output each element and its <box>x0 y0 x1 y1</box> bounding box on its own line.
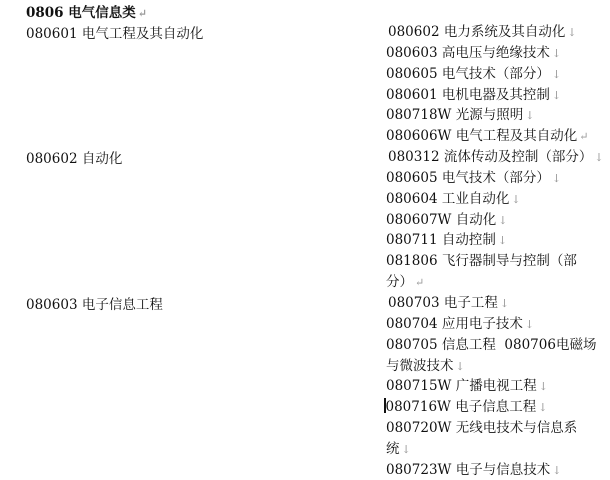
line-break-mark-icon: ↓ <box>511 193 520 206</box>
old-major-line: 080723W 电子与信息技术↓ <box>386 460 586 480</box>
old-major-line: 080605 电气技术（部分）↓ <box>386 168 586 189</box>
document-page[interactable]: 0806 电气信息类↵ 080601 电气工程及其自动化 080602 自动化 … <box>0 0 610 480</box>
paragraph-mark-icon: ↵ <box>579 130 588 143</box>
old-major-line: 统↓ <box>386 439 586 460</box>
category-title: 0806 电气信息类↵ <box>26 4 147 23</box>
line-break-mark-icon: ↓ <box>552 89 561 102</box>
old-major-text: 080604 工业自动化 <box>386 191 509 207</box>
old-major-text: 080607W 自动化 <box>386 212 496 228</box>
old-major-text: 分） <box>386 274 413 290</box>
old-major-text: 080603 高电压与绝缘技术 <box>386 45 550 61</box>
old-major-text: 080718W 光源与照明 <box>386 107 523 123</box>
line-break-mark-icon: ↓ <box>552 172 561 185</box>
line-break-mark-icon: ↓ <box>498 234 507 247</box>
line-break-mark-icon: ↓ <box>567 26 576 39</box>
paragraph-mark-icon: ↵ <box>415 276 424 289</box>
old-major-text: 080605 电气技术（部分） <box>386 170 550 186</box>
old-major-text: 080723W 电子与信息技术 <box>386 462 550 478</box>
old-major-line: 081806 飞行器制导与控制（部 <box>386 251 586 272</box>
old-major-line: 080705 信息工程 080706电磁场 <box>386 335 586 356</box>
line-break-mark-icon: ↓ <box>552 464 561 477</box>
old-major-line: 与微波技术↓ <box>386 356 586 377</box>
major-name: 080601 电气工程及其自动化 <box>26 25 203 43</box>
line-break-mark-icon: ↓ <box>539 380 548 393</box>
old-major-text: 080711 自动控制 <box>386 232 496 248</box>
old-major-text: 080715W 广播电视工程 <box>386 378 537 394</box>
line-break-mark-icon: ↓ <box>538 401 547 414</box>
major-name: 080603 电子信息工程 <box>26 296 163 314</box>
old-major-line: 080601 电机电器及其控制↓ <box>386 85 586 106</box>
line-break-mark-icon: ↓ <box>552 47 561 60</box>
old-major-line: 080312 流体传动及控制（部分）↓ <box>386 147 586 168</box>
old-major-text: 080705 信息工程 080706电磁场 <box>386 337 596 353</box>
old-major-line: 080715W 广播电视工程↓ <box>386 376 586 397</box>
old-major-line: 分）↵ <box>386 272 586 293</box>
old-major-line: 080718W 光源与照明↓ <box>386 105 586 126</box>
paragraph-mark-icon: ↵ <box>138 7 147 20</box>
old-major-text: 080602 电力系统及其自动化 <box>388 24 565 40</box>
old-major-line: 080711 自动控制↓ <box>386 230 586 251</box>
old-major-text: 080720W 无线电技术与信息系 <box>386 420 577 436</box>
old-major-text: 081806 飞行器制导与控制（部 <box>386 253 577 269</box>
line-break-mark-icon: ↓ <box>498 214 507 227</box>
major-name: 080602 自动化 <box>26 150 122 168</box>
line-break-mark-icon: ↓ <box>525 109 534 122</box>
old-major-text: 080605 电气技术（部分） <box>386 66 550 82</box>
line-break-mark-icon: ↓ <box>456 360 465 373</box>
old-major-text: 080601 电机电器及其控制 <box>386 87 550 103</box>
line-break-mark-icon: ↓ <box>500 297 509 310</box>
old-major-text: 080312 流体传动及控制（部分） <box>388 149 592 165</box>
old-major-text: 统 <box>386 441 400 457</box>
old-major-text: 080704 应用电子技术 <box>386 316 523 332</box>
old-major-line: 080720W 无线电技术与信息系 <box>386 418 586 439</box>
old-major-line: 080704 应用电子技术↓ <box>386 314 586 335</box>
old-major-line: 080603 高电压与绝缘技术↓ <box>386 43 586 64</box>
old-major-line: 080604 工业自动化↓ <box>386 189 586 210</box>
old-major-text: 与微波技术 <box>386 358 454 374</box>
category-title-text: 0806 电气信息类 <box>26 5 136 21</box>
line-break-mark-icon: ↓ <box>594 151 603 164</box>
old-major-line: 080703 电子工程↓ <box>386 293 586 314</box>
old-major-line: 080605 电气技术（部分）↓ <box>386 64 586 85</box>
old-major-text: 080606W 电气工程及其自动化 <box>386 128 577 144</box>
old-major-text: 080716W 电子信息工程 <box>386 399 537 415</box>
line-break-mark-icon: ↓ <box>402 443 411 456</box>
old-major-line: 080602 电力系统及其自动化↓ <box>386 22 586 43</box>
line-break-mark-icon: ↓ <box>552 68 561 81</box>
old-major-line: 080606W 电气工程及其自动化↵ <box>386 126 586 147</box>
old-major-line: 080716W 电子信息工程↓ <box>386 397 586 418</box>
old-major-text: 080703 电子工程 <box>388 295 498 311</box>
line-break-mark-icon: ↓ <box>525 318 534 331</box>
old-major-line: 080607W 自动化↓ <box>386 210 586 231</box>
old-majors-column: 080602 电力系统及其自动化↓ 080603 高电压与绝缘技术↓ 08060… <box>386 22 586 480</box>
